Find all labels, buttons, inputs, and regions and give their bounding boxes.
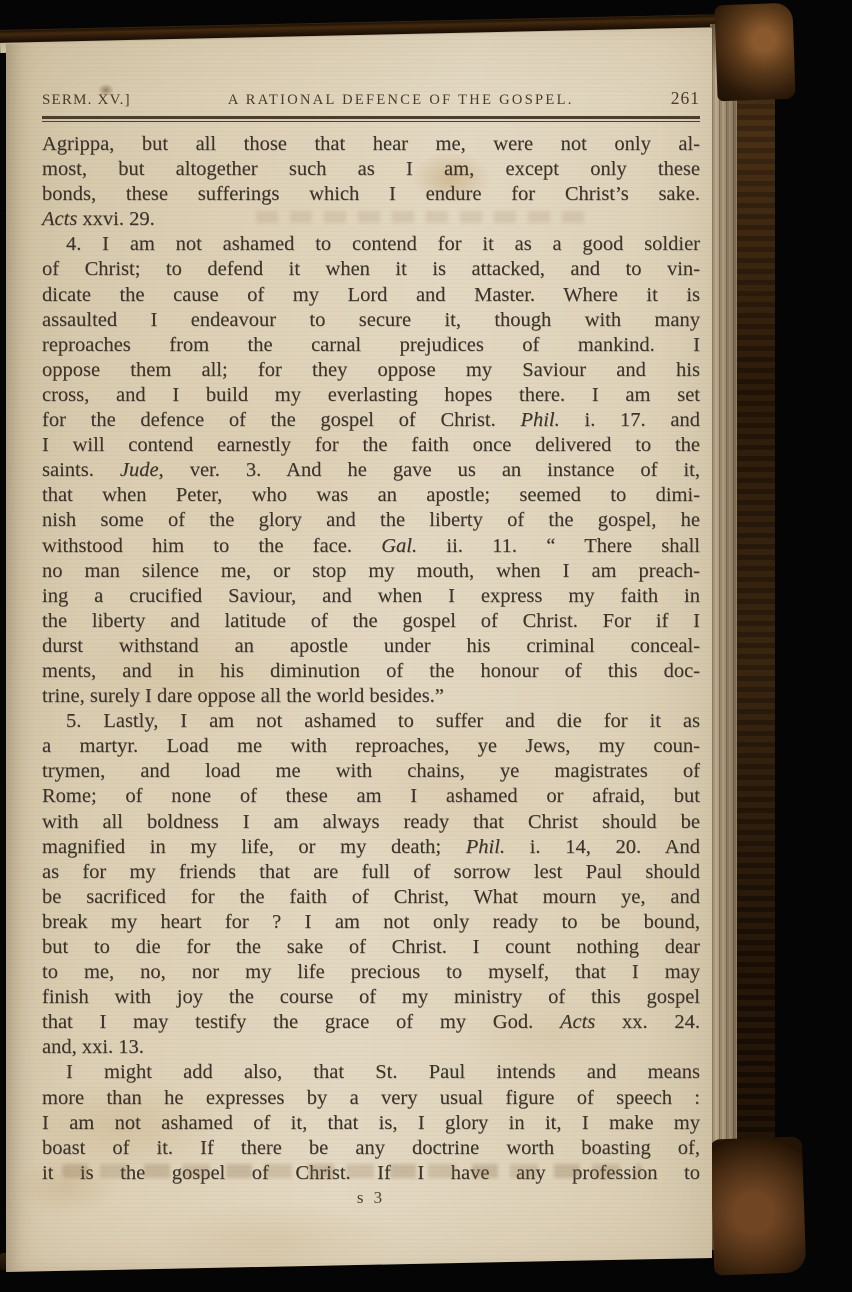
- text-line: that when Peter, who was an apostle; see…: [42, 483, 700, 508]
- text-line: be sacrificed for the faith of Christ, W…: [42, 885, 700, 910]
- text-line: more than he expresses by a very usual f…: [42, 1086, 700, 1111]
- text-line: I will contend earnestly for the faith o…: [42, 433, 700, 458]
- running-title: A RATIONAL DEFENCE OF THE GOSPEL.: [228, 92, 574, 109]
- text-line: that I may testify the grace of my God. …: [42, 1010, 700, 1035]
- text-line: dicate the cause of my Lord and Master. …: [42, 283, 700, 308]
- text-line: and, xxi. 13.: [42, 1035, 700, 1060]
- text-line: but to die for the sake of Christ. I cou…: [42, 935, 700, 960]
- text-line: no man silence me, or stop my mouth, whe…: [42, 559, 700, 584]
- text-line: nish some of the glory and the liberty o…: [42, 508, 700, 533]
- text-line: break my heart for ? I am not only ready…: [42, 910, 700, 935]
- show-through-text-bottom: [62, 1164, 642, 1178]
- text-line: 5. Lastly, I am not ashamed to suffer an…: [42, 709, 700, 734]
- book-cover-right-edge: [737, 8, 775, 1270]
- show-through-text-upper: [256, 211, 586, 223]
- sermon-number: SERM. XV.]: [42, 92, 131, 109]
- text-line: trine, surely I dare oppose all the worl…: [42, 684, 700, 709]
- text-line: reproaches from the carnal prejudices of…: [42, 333, 700, 358]
- page-number: 261: [671, 88, 700, 109]
- text-line: assaulted I endeavour to secure it, thou…: [42, 308, 700, 333]
- text-line: trymen, and load me with chains, ye magi…: [42, 759, 700, 784]
- text-line: I am not ashamed of it, that is, I glory…: [42, 1111, 700, 1136]
- text-line: boast of it. If there be any doctrine wo…: [42, 1136, 700, 1161]
- text-line: for the defence of the gospel of Christ.…: [42, 408, 700, 433]
- text-line: saints. Jude, ver. 3. And he gave us an …: [42, 458, 700, 483]
- text-line: cross, and I build my everlasting hopes …: [42, 383, 700, 408]
- book-right-page-edges: [710, 24, 737, 1250]
- text-line: to me, no, nor my life precious to mysel…: [42, 960, 700, 985]
- text-line: of Christ; to defend it when it is attac…: [42, 257, 700, 282]
- text-column: SERM. XV.] A RATIONAL DEFENCE OF THE GOS…: [42, 88, 700, 1208]
- text-line: the liberty and latitude of the gospel o…: [42, 609, 700, 634]
- body-text: Agrippa, but all those that hear me, wer…: [42, 132, 700, 1186]
- text-line: as for my friends that are full of sorro…: [42, 860, 700, 885]
- text-line: with all boldness I am always ready that…: [42, 810, 700, 835]
- scanned-book-photo: SERM. XV.] A RATIONAL DEFENCE OF THE GOS…: [0, 0, 852, 1292]
- book-cover-corner-top-right: [714, 3, 795, 102]
- text-line: bonds, these sufferings which I endure f…: [42, 182, 700, 207]
- text-line: Agrippa, but all those that hear me, wer…: [42, 132, 700, 157]
- text-line: I might add also, that St. Paul intends …: [42, 1060, 700, 1085]
- book-page: SERM. XV.] A RATIONAL DEFENCE OF THE GOS…: [6, 26, 712, 1272]
- text-line: oppose them all; for they oppose my Savi…: [42, 358, 700, 383]
- book-cover-corner-bottom-right: [710, 1136, 807, 1275]
- text-line: Rome; of none of these am I ashamed or a…: [42, 784, 700, 809]
- text-line: durst withstand an apostle under his cri…: [42, 634, 700, 659]
- text-line: withstood him to the face. Gal. ii. 11. …: [42, 534, 700, 559]
- text-line: 4. I am not ashamed to contend for it as…: [42, 232, 700, 257]
- text-line: ments, and in his diminution of the hono…: [42, 659, 700, 684]
- text-line: a martyr. Load me with reproaches, ye Je…: [42, 734, 700, 759]
- signature-mark: s 3: [42, 1188, 700, 1208]
- text-line: finish with joy the course of my ministr…: [42, 985, 700, 1010]
- header-double-rule: [42, 116, 700, 122]
- text-line: most, but altogether such as I am, excep…: [42, 157, 700, 182]
- text-line: magnified in my life, or my death; Phil.…: [42, 835, 700, 860]
- page-header: SERM. XV.] A RATIONAL DEFENCE OF THE GOS…: [42, 88, 700, 108]
- text-line: ing a crucified Saviour, and when I expr…: [42, 584, 700, 609]
